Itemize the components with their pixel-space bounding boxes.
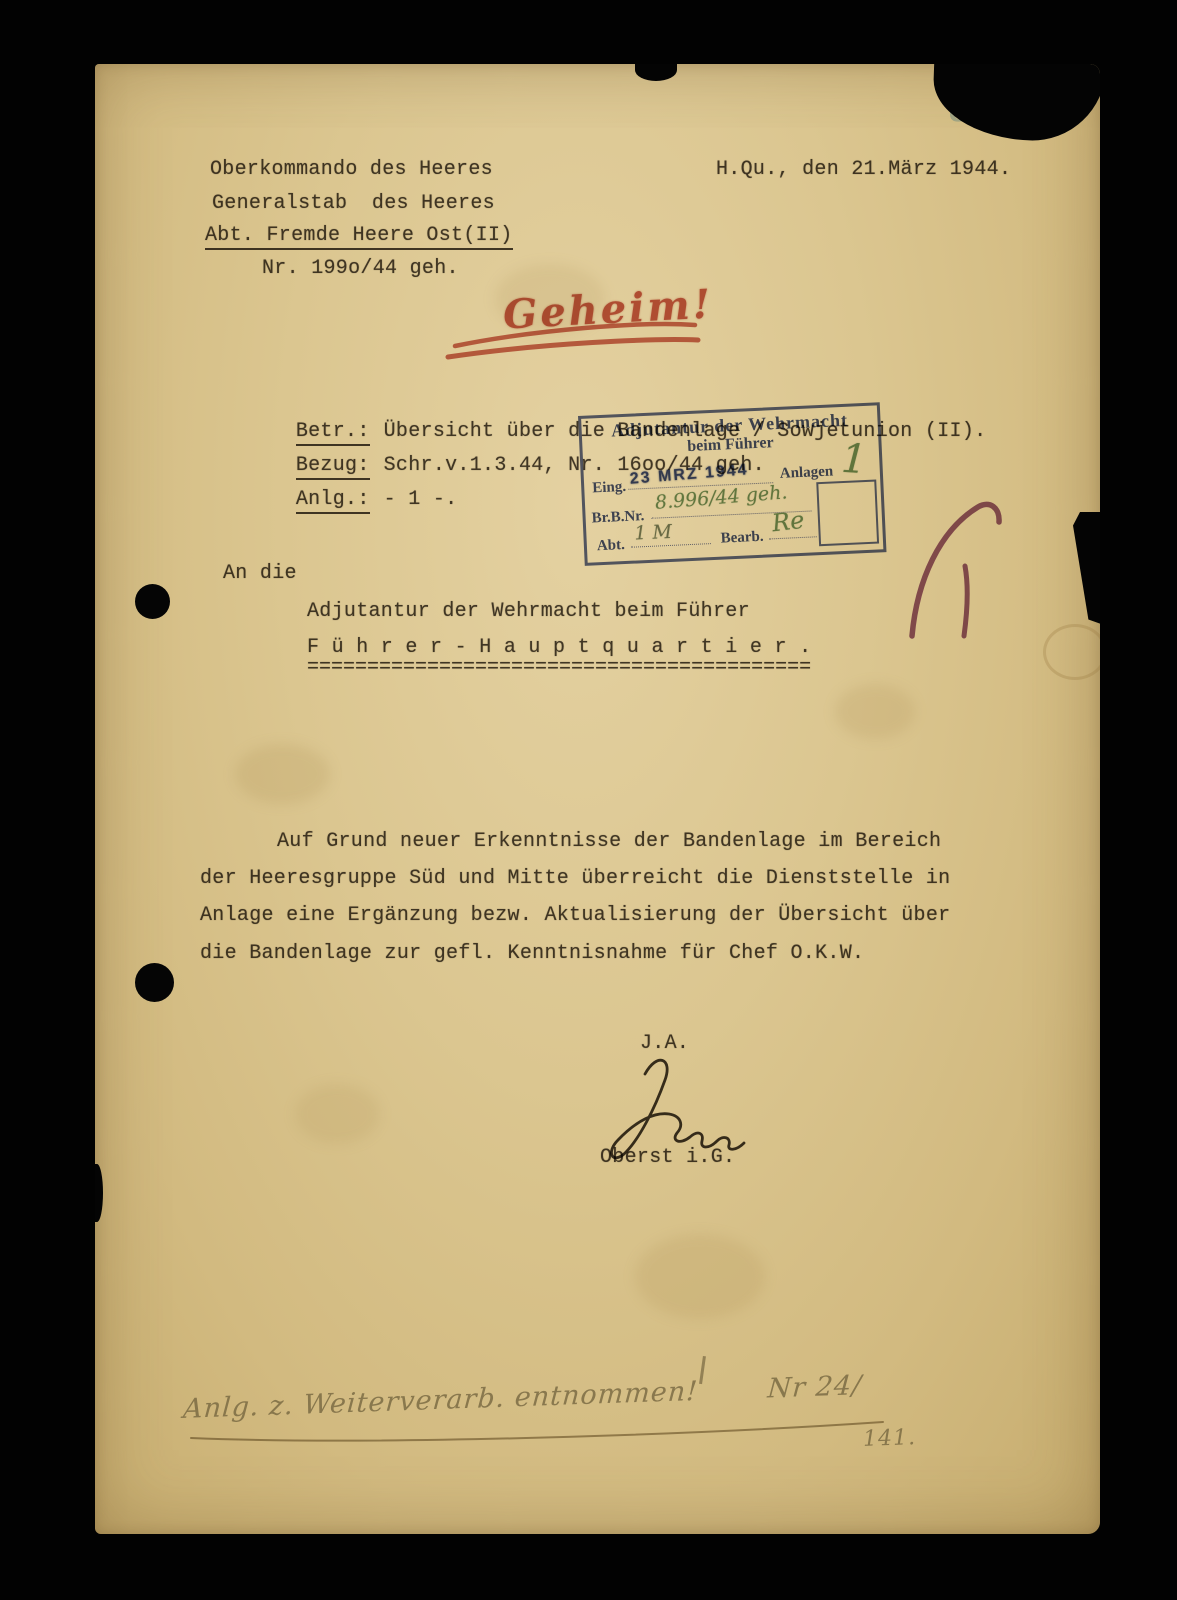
letterhead-dept: Abt. Fremde Heere Ost(II) xyxy=(205,224,513,250)
letterhead-line-2: Generalstab des Heeres xyxy=(212,192,495,215)
letter-paper-sheet: 80 Oberkommando des Heeres Generalstab d… xyxy=(95,64,1100,1534)
closing-rank: Oberst i.G. xyxy=(600,1146,735,1169)
reference-anlg-line: Anlg.:- 1 -. xyxy=(222,465,457,534)
bearb-value-handwritten: Re xyxy=(771,506,806,538)
punch-hole-top xyxy=(135,584,170,619)
purple-pencil-mark xyxy=(898,494,1018,654)
body-line-1: Auf Grund neuer Erkenntnisse der Bandenl… xyxy=(277,830,941,853)
foxing-stain xyxy=(295,1084,380,1144)
body-line-4: die Bandenlage zur gefl. Kenntnisnahme f… xyxy=(200,942,864,965)
receipt-stamp: Adjutantur der Wehrmacht beim Führer Ein… xyxy=(578,402,886,566)
foxing-stain xyxy=(635,1234,765,1319)
foxing-stain xyxy=(235,744,330,804)
letterhead-line-4: Nr. 199o/44 geh. xyxy=(262,257,459,280)
letterhead-line-3: Abt. Fremde Heere Ost(II) xyxy=(205,224,513,247)
abt-value-handwritten: 1 M xyxy=(634,521,673,545)
scanned-document-canvas: 80 Oberkommando des Heeres Generalstab d… xyxy=(0,0,1177,1600)
anlagen-label: Anlagen xyxy=(779,463,833,482)
torn-notch-right-edge xyxy=(1073,512,1100,624)
receipt-stamp-inner-box xyxy=(816,480,879,547)
eing-label: Eing. xyxy=(592,479,627,498)
punch-hole-bottom xyxy=(135,963,174,1002)
foxing-stain xyxy=(835,684,915,739)
address-salutation: An die xyxy=(223,562,297,585)
address-underline: ========================================… xyxy=(307,656,811,679)
anlagen-value-handwritten: 1 xyxy=(840,436,868,483)
torn-notch-top-middle xyxy=(635,64,677,81)
body-line-2: der Heeresgruppe Süd und Mitte überreich… xyxy=(200,867,950,890)
letterhead-line-1: Oberkommando des Heeres xyxy=(210,158,493,181)
body-line-3: Anlage eine Ergänzung bezw. Aktualisieru… xyxy=(200,904,950,927)
abt-label: Abt. xyxy=(597,537,626,555)
footnote-ref: Nr 24/ xyxy=(766,1370,863,1404)
secret-stamp-underline xyxy=(443,316,713,364)
torn-notch-left-edge xyxy=(95,1164,103,1222)
anlg-label: Anlg.: xyxy=(296,488,370,514)
cup-ring-stain xyxy=(1043,624,1100,680)
anlg-text: - 1 -. xyxy=(384,488,458,511)
dateline: H.Qu., den 21.März 1944. xyxy=(716,158,1011,181)
address-line-1: Adjutantur der Wehrmacht beim Führer xyxy=(307,600,750,623)
footnote-underline xyxy=(187,1416,887,1446)
bearb-label: Bearb. xyxy=(720,529,764,548)
